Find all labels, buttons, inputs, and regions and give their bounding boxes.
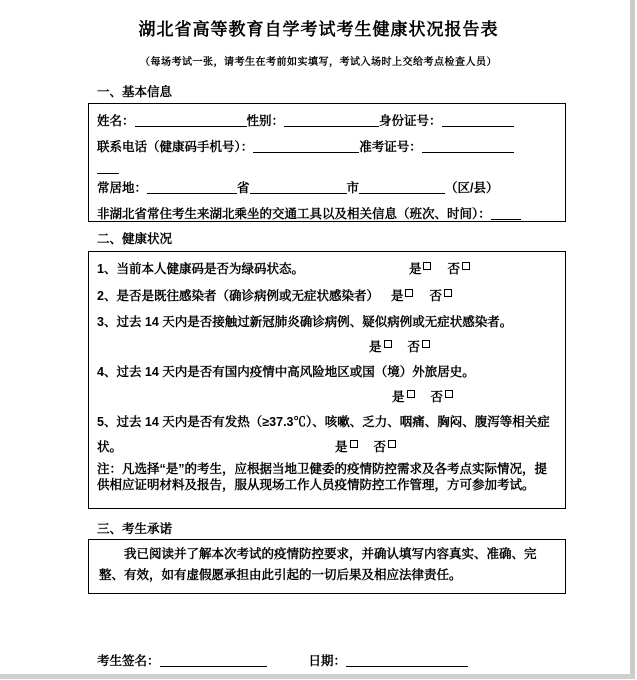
question-2-text: 2、是否是既往感染者（确诊病例或无症状感染者）: [97, 289, 379, 303]
question-2-options: 是否: [391, 289, 452, 303]
date-label: 日期：: [309, 654, 347, 668]
q1-yes-checkbox[interactable]: [423, 262, 431, 270]
health-question-5: 5、过去 14 天内是否有发热（≥37.3℃）、咳嗽、乏力、咽痛、胸闷、腹泻等相…: [97, 410, 557, 460]
q2-no-checkbox[interactable]: [444, 289, 452, 297]
basic-info-row-wrap: [97, 160, 557, 175]
residence-province-line[interactable]: [147, 180, 237, 194]
basic-info-box: 姓名：性别：身份证号： 联系电话（健康码手机号）：准考证号： 常居地：省市（区/…: [88, 103, 566, 222]
yes-label: 是: [392, 390, 405, 404]
yes-label: 是: [409, 262, 422, 276]
signature-row: 考生签名：日期：: [97, 651, 468, 669]
section-heading-pledge: 三、考生承诺: [97, 519, 172, 537]
no-label: 否: [431, 390, 444, 404]
question-4-text: 4、过去 14 天内是否有国内疫情中高风险地区或国（境）外旅居史。: [97, 365, 475, 379]
basic-info-row-4: 非湖北省常住考生来湖北乘坐的交通工具以及相关信息（班次、时间）：: [97, 201, 557, 227]
q2-yes-checkbox[interactable]: [405, 289, 413, 297]
transport-input-line[interactable]: [491, 206, 521, 220]
name-input-line[interactable]: [135, 113, 247, 127]
question-5-options: 是否: [335, 440, 396, 454]
yes-label: 是: [335, 440, 348, 454]
id-number-label: 身份证号：: [379, 114, 442, 128]
basic-info-row-3: 常居地：省市（区/县）: [97, 175, 557, 201]
id-number-input-line[interactable]: [442, 113, 514, 127]
province-suffix: 省: [237, 181, 250, 195]
q4-yes-checkbox[interactable]: [407, 390, 415, 398]
no-label: 否: [408, 340, 421, 354]
name-label: 姓名：: [97, 114, 135, 128]
basic-info-row-1: 姓名：性别：身份证号：: [97, 108, 557, 134]
question-1-options: 是否: [409, 262, 470, 276]
q3-no-checkbox[interactable]: [422, 340, 430, 348]
no-label: 否: [447, 262, 460, 276]
health-status-box: 1、当前本人健康码是否为绿码状态。是否 2、是否是既往感染者（确诊病例或无症状感…: [88, 251, 566, 509]
question-1-text: 1、当前本人健康码是否为绿码状态。: [97, 262, 304, 276]
signature-label: 考生签名：: [97, 654, 160, 668]
q1-no-checkbox[interactable]: [462, 262, 470, 270]
q3-yes-checkbox[interactable]: [384, 340, 392, 348]
residence-district-line[interactable]: [359, 180, 445, 194]
health-report-form-page: 湖北省高等教育自学考试考生健康状况报告表 （每场考试一张，请考生在考前如实填写，…: [0, 0, 637, 680]
residence-label: 常居地：: [97, 181, 147, 195]
yes-label: 是: [369, 340, 382, 354]
ticket-label: 准考证号：: [359, 140, 422, 154]
page-shadow-bottom: [0, 674, 635, 679]
no-label: 否: [429, 289, 442, 303]
gender-input-line[interactable]: [284, 113, 379, 127]
q4-no-checkbox[interactable]: [445, 390, 453, 398]
health-question-2: 2、是否是既往感染者（确诊病例或无症状感染者）是否: [97, 283, 557, 310]
health-question-4: 4、过去 14 天内是否有国内疫情中高风险地区或国（境）外旅居史。: [97, 360, 557, 385]
form-title: 湖北省高等教育自学考试考生健康状况报告表: [0, 15, 637, 40]
q5-yes-checkbox[interactable]: [350, 440, 358, 448]
health-note: 注：凡选择“是”的考生，应根据当地卫健委的疫情防控需求及各考点实际情况，提供相应…: [97, 462, 557, 493]
pledge-box: 我已阅读并了解本次考试的疫情防控要求，并确认填写内容真实、准确、完整、有效，如有…: [88, 539, 566, 594]
ticket-input-line[interactable]: [422, 139, 514, 153]
phone-label: 联系电话（健康码手机号）：: [97, 140, 253, 154]
city-suffix: 市: [347, 181, 360, 195]
signature-input-line[interactable]: [160, 653, 267, 667]
phone-input-line[interactable]: [253, 139, 359, 153]
residence-city-line[interactable]: [250, 180, 347, 194]
section-heading-basic-info: 一、基本信息: [97, 82, 172, 100]
pledge-text: 我已阅读并了解本次考试的疫情防控要求，并确认填写内容真实、准确、完整、有效，如有…: [99, 544, 555, 586]
question-4-options: 是否: [97, 385, 557, 410]
form-subtitle: （每场考试一张，请考生在考前如实填写，考试入场时上交给考点检查人员）: [0, 53, 637, 68]
question-3-text: 3、过去 14 天内是否接触过新冠肺炎确诊病例、疑似病例或无症状感染者。: [97, 315, 512, 329]
section-heading-health-status: 二、健康状况: [97, 229, 172, 247]
question-5-text: 5、过去 14 天内是否有发热（≥37.3℃）、咳嗽、乏力、咽痛、胸闷、腹泻等相…: [97, 415, 550, 454]
no-label: 否: [374, 440, 387, 454]
health-question-1: 1、当前本人健康码是否为绿码状态。是否: [97, 256, 557, 283]
date-input-line[interactable]: [346, 653, 468, 667]
gender-label: 性别：: [247, 114, 285, 128]
q5-no-checkbox[interactable]: [388, 440, 396, 448]
question-3-options: 是否: [97, 335, 557, 360]
health-question-3: 3、过去 14 天内是否接触过新冠肺炎确诊病例、疑似病例或无症状感染者。: [97, 310, 557, 335]
transport-label: 非湖北省常住考生来湖北乘坐的交通工具以及相关信息（班次、时间）：: [97, 207, 491, 221]
district-suffix: （区/县）: [445, 181, 498, 195]
page-shadow-right: [630, 0, 635, 675]
yes-label: 是: [391, 289, 404, 303]
basic-info-row-2: 联系电话（健康码手机号）：准考证号：: [97, 134, 557, 160]
ticket-input-line-continued[interactable]: [97, 160, 119, 174]
